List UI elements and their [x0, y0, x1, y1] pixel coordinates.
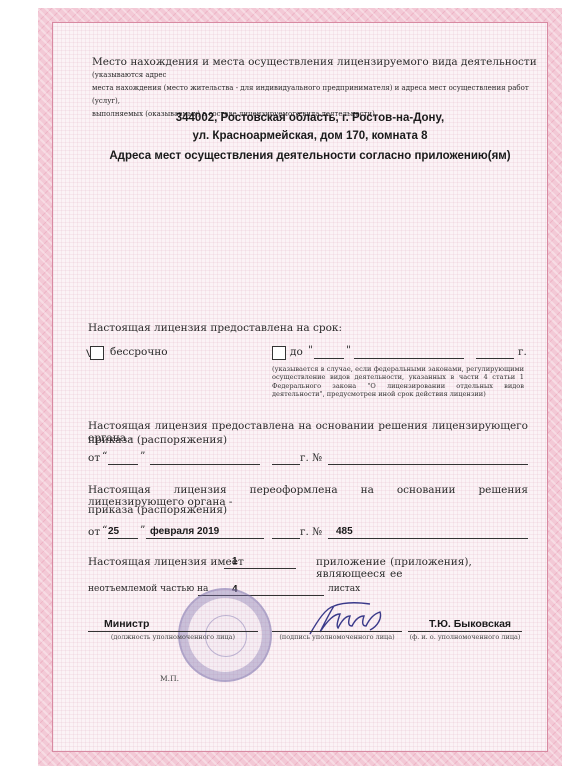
position-line	[88, 631, 258, 632]
granted-month-field[interactable]	[150, 452, 260, 465]
appendix-sheets-after: листах	[328, 584, 360, 594]
reissued-order-row: от “ 25 ” февраля 2019 г. № 485	[88, 526, 528, 542]
location-header: Место нахождения и места осуществления л…	[92, 56, 540, 120]
name-caption: (ф. и. о. уполномоченного лица)	[408, 633, 522, 641]
term-until-year-field[interactable]	[476, 346, 514, 359]
seal-placeholder-label: М.П.	[160, 674, 179, 683]
signature-line[interactable]	[272, 631, 402, 632]
term-until-year-suffix: г.	[518, 346, 527, 358]
reissued-number-label: г. №	[300, 526, 322, 538]
address-line-3: Адреса мест осуществления деятельности с…	[100, 150, 520, 162]
appendix-sheets-row: неотъемлемой частью на 4 листах	[88, 584, 528, 600]
granted-order-row: от “ ” г. №	[88, 452, 528, 468]
reissued-year-field[interactable]	[272, 526, 300, 539]
granted-from-label: от	[88, 452, 100, 464]
reissued-number-field[interactable]: 485	[328, 526, 528, 539]
term-until-day-field[interactable]	[314, 346, 344, 359]
granted-number-label: г. №	[300, 452, 322, 464]
granted-day-field[interactable]	[108, 452, 138, 465]
location-header-line2: места нахождения (место жительства - для…	[92, 84, 529, 105]
position-caption: (должность уполномоченного лица)	[88, 633, 258, 641]
term-indefinite-checkbox[interactable]	[90, 346, 104, 360]
term-until-option[interactable]: до " " г.	[270, 346, 526, 362]
address-line-1: 344002, Ростовская область, г. Ростов-на…	[100, 112, 520, 124]
name-line	[408, 631, 522, 632]
location-header-title: Место нахождения и места осуществления л…	[92, 56, 537, 68]
term-label: Настоящая лицензия предоставлена на срок…	[88, 322, 342, 334]
reissued-month-field[interactable]: февраля 2019	[146, 526, 264, 539]
signatory-position: Министр	[104, 618, 149, 630]
appendix-sheets-before: неотъемлемой частью на	[88, 584, 208, 594]
granted-line-2: приказа (распоряжения)	[88, 434, 227, 446]
appendix-count-field[interactable]: 1	[224, 556, 296, 569]
address-line-2: ул. Красноармейская, дом 170, комната 8	[100, 130, 520, 142]
term-until-month-field[interactable]	[354, 346, 464, 359]
reissued-day-field[interactable]: 25	[108, 526, 138, 539]
granted-number-field[interactable]	[328, 452, 528, 465]
term-until-checkbox[interactable]	[272, 346, 286, 360]
term-until-label: до	[290, 346, 303, 358]
signatory-name: Т.Ю. Быковская	[420, 618, 520, 630]
appendix-text-after: приложение (приложения), являющееся ее	[316, 556, 528, 580]
location-header-note: (указываются адрес	[92, 71, 166, 79]
term-indefinite-option[interactable]: V бессрочно	[84, 346, 204, 362]
signature-caption: (подпись уполномоченного лица)	[272, 633, 402, 641]
reissued-line-2: приказа (распоряжения)	[88, 504, 227, 516]
term-until-note: (указывается в случае, если федеральными…	[272, 365, 524, 399]
term-indefinite-label: бессрочно	[110, 346, 168, 358]
appendix-text-before: Настоящая лицензия имеет	[88, 556, 244, 568]
granted-year-field[interactable]	[272, 452, 300, 465]
appendix-row: Настоящая лицензия имеет 1 приложение (п…	[88, 556, 528, 572]
reissued-from-label: от	[88, 526, 100, 538]
